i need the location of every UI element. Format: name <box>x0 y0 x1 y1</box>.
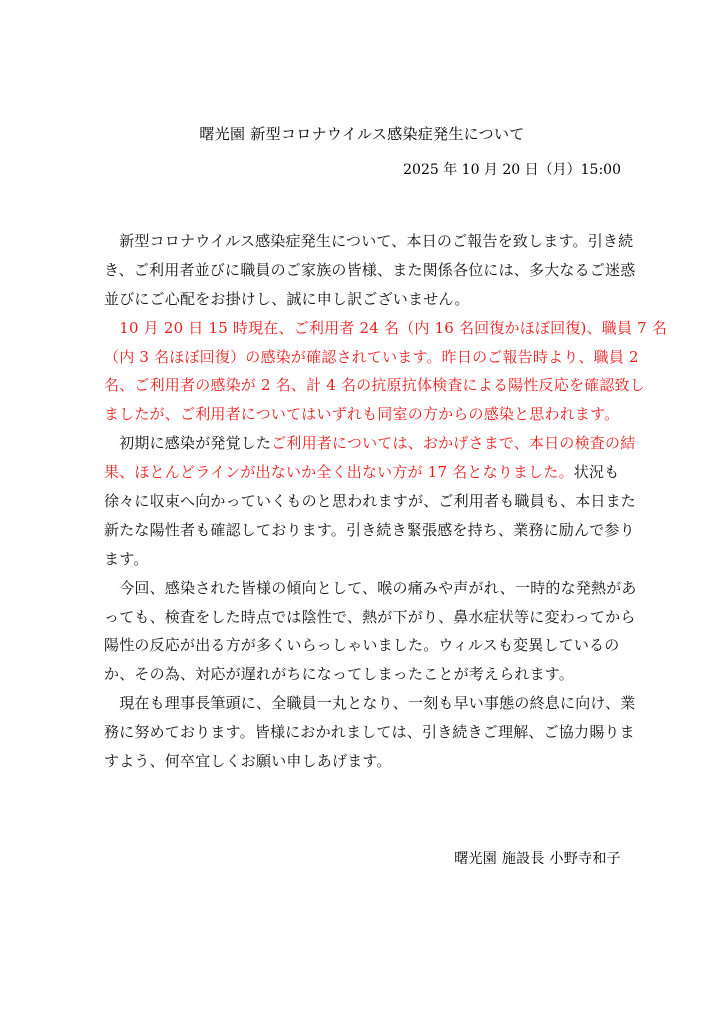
body-text-segment: 現在も理事長筆頭に、全職員一丸となり、一刻も早い事態の終息に向け、業 <box>104 694 635 712</box>
body-line: ます。 <box>104 545 622 574</box>
body-line: 果、ほとんどラインが出ないか全く出ない方が 17 名となりました。状況も <box>104 458 622 487</box>
body-line: すよう、何卒宜しくお願い申しあげます。 <box>104 747 622 776</box>
highlighted-text: ましたが、ご利用者についてはいずれも同室の方からの感染と思われます。 <box>104 405 619 423</box>
body-text-segment: 初期に感染が発覚した <box>104 434 271 452</box>
signature: 曙光園 施設長 小野寺和子 <box>454 849 621 869</box>
body-text-segment: 並びにご心配をお掛けし、誠に申し訳ございません。 <box>104 290 470 308</box>
highlighted-text: 10 月 20 日 15 時現在、ご利用者 24 名（内 16 名回復かほぼ回復… <box>104 319 667 337</box>
body-line: 務に努めております。皆様におかれましては、引き続きご理解、ご協力賜りま <box>104 718 622 747</box>
highlighted-text: （内 3 名ほぼ回復）の感染が確認されています。昨日のご報告時より、職員 2 <box>104 348 639 366</box>
body-line: 今回、感染された皆様の傾向として、喉の痛みや声がれ、一時的な発熱があ <box>104 574 622 603</box>
body-text-segment: 陽性の反応が出る方が多くいらっしゃいました。ウィルスも変異しているの <box>104 636 619 654</box>
body-line: ましたが、ご利用者についてはいずれも同室の方からの感染と思われます。 <box>104 400 622 429</box>
body-text-segment: 今回、感染された皆様の傾向として、喉の痛みや声がれ、一時的な発熱があ <box>104 579 637 597</box>
body-line: 名、ご利用者の感染が 2 名、計 4 名の抗原抗体検査による陽性反応を確認致し <box>104 371 622 400</box>
body-line: 徐々に収束へ向かっていくものと思われますが、ご利用者も職員も、本日また <box>104 487 622 516</box>
body-line: 新型コロナウイルス感染症発生について、本日のご報告を致します。引き続 <box>104 227 622 256</box>
body-line: っても、検査をした時点では陰性で、熱が下がり、鼻水症状等に変わってから <box>104 603 622 632</box>
body-line: 並びにご心配をお掛けし、誠に申し訳ございません。 <box>104 285 622 314</box>
body-text-segment: 徐々に収束へ向かっていくものと思われますが、ご利用者も職員も、本日また <box>104 492 636 510</box>
body-line: き、ご利用者並びに職員のご家族の皆様、また関係各位には、多大なるご迷惑 <box>104 256 622 285</box>
body-text-segment: 新型コロナウイルス感染症発生について、本日のご報告を致します。引き続 <box>104 232 633 250</box>
body-line: 陽性の反応が出る方が多くいらっしゃいました。ウィルスも変異しているの <box>104 631 622 660</box>
body-line: 現在も理事長筆頭に、全職員一丸となり、一刻も早い事態の終息に向け、業 <box>104 689 622 718</box>
highlighted-text: ご利用者については、おかげさまで、本日の検査の結 <box>271 434 635 452</box>
body-text-segment: すよう、何卒宜しくお願い申しあげます。 <box>104 752 392 770</box>
document-body: 新型コロナウイルス感染症発生について、本日のご報告を致します。引き続き、ご利用者… <box>104 227 622 776</box>
body-text-segment: 務に努めております。皆様におかれましては、引き続きご理解、ご協力賜りま <box>104 723 635 741</box>
body-text-segment: ます。 <box>104 550 148 568</box>
body-line: （内 3 名ほぼ回復）の感染が確認されています。昨日のご報告時より、職員 2 <box>104 343 622 372</box>
body-line: 新たな陽性者も確認しております。引き続き緊張感を持ち、業務に励んで参り <box>104 516 622 545</box>
body-text-segment: 新たな陽性者も確認しております。引き続き緊張感を持ち、業務に励んで参り <box>104 521 635 539</box>
report-date: 2025 年 10 月 20 日（月）15:00 <box>403 160 621 180</box>
body-text-segment: き、ご利用者並びに職員のご家族の皆様、また関係各位には、多大なるご迷惑 <box>104 261 635 279</box>
body-text-segment: 状況も <box>574 463 620 481</box>
body-text-segment: か、その為、対応が遅れがちになってしまったことが考えられます。 <box>104 665 574 683</box>
body-line: か、その為、対応が遅れがちになってしまったことが考えられます。 <box>104 660 622 689</box>
document-page: 曙光園 新型コロナウイルス感染症発生について 2025 年 10 月 20 日（… <box>0 0 724 1024</box>
document-title: 曙光園 新型コロナウイルス感染症発生について <box>0 124 724 144</box>
body-line: 10 月 20 日 15 時現在、ご利用者 24 名（内 16 名回復かほぼ回復… <box>104 314 622 343</box>
body-line: 初期に感染が発覚したご利用者については、おかげさまで、本日の検査の結 <box>104 429 622 458</box>
highlighted-text: 果、ほとんどラインが出ないか全く出ない方が 17 名となりました。 <box>104 463 574 481</box>
highlighted-text: 名、ご利用者の感染が 2 名、計 4 名の抗原抗体検査による陽性反応を確認致し <box>104 376 645 394</box>
body-text-segment: っても、検査をした時点では陰性で、熱が下がり、鼻水症状等に変わってから <box>104 608 636 626</box>
